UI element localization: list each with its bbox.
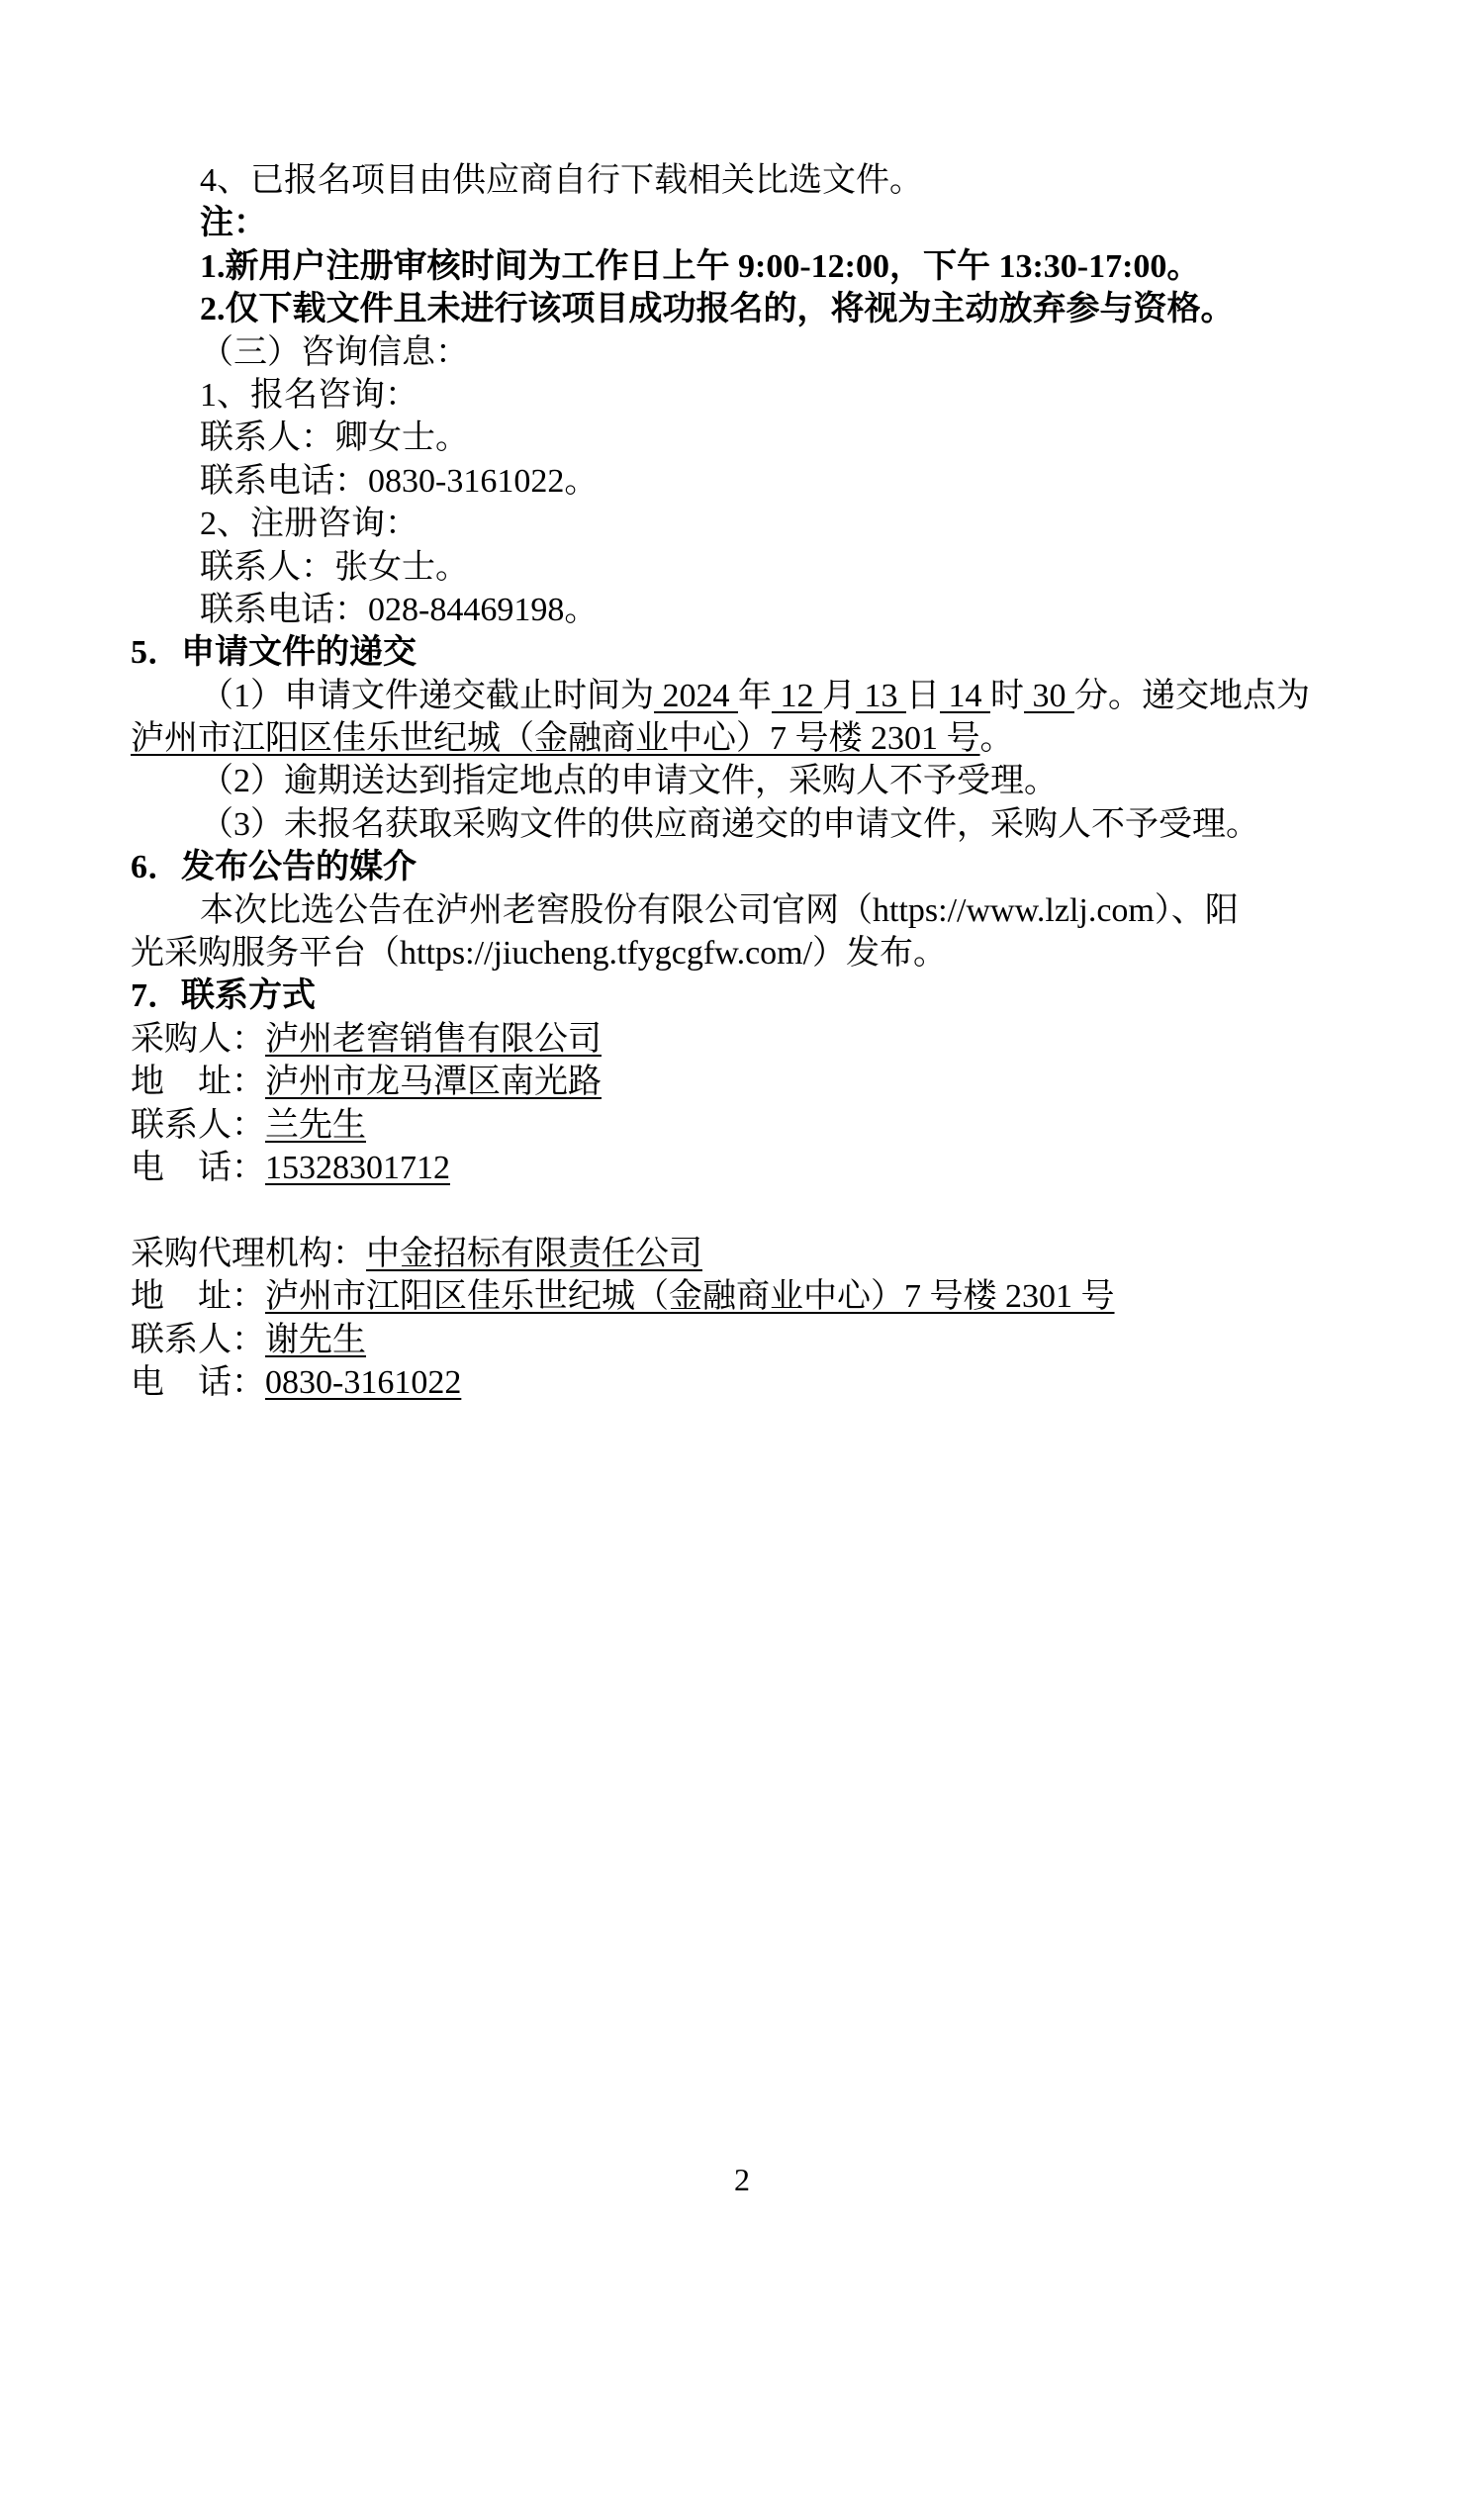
- doc-line: （三）咨询信息：: [131, 331, 1357, 374]
- underlined-text: 30: [1024, 678, 1074, 714]
- doc-line: 联系电话：0830-3161022。: [131, 460, 1357, 503]
- text-run: 光采购服务平台（https://jiucheng.tfygcgfw.com/）发…: [131, 935, 947, 972]
- doc-line: 注：: [131, 202, 1357, 244]
- text-run: 。: [980, 720, 1014, 757]
- text-run: 联系电话：0830-3161022。: [200, 463, 598, 500]
- underlined-text: 兰先生: [265, 1107, 366, 1144]
- doc-line: 泸州市江阳区佳乐世纪城（金融商业中心）7 号楼 2301 号。: [131, 717, 1357, 760]
- text-run: （3）未报名获取采购文件的供应商递交的申请文件，采购人不予受理。: [200, 806, 1259, 843]
- doc-line: 1.新用户注册审核时间为工作日上午 9:00-12:00，下午 13:30-17…: [131, 245, 1357, 288]
- text-run: 5．申请文件的递交: [131, 634, 417, 671]
- doc-line: 2.仅下载文件且未进行该项目成功报名的，将视为主动放弃参与资格。: [131, 288, 1357, 330]
- text-run: 地 址：: [131, 1064, 265, 1100]
- doc-line: 电 话：15328301712: [131, 1147, 1357, 1189]
- text-run: 2、注册咨询：: [200, 506, 418, 542]
- doc-line: 6．发布公告的媒介: [131, 846, 1357, 888]
- doc-line: 联系人：张女士。: [131, 546, 1357, 589]
- text-run: 注：: [200, 205, 267, 241]
- underlined-text: 中金招标有限责任公司: [366, 1236, 702, 1272]
- text-run: 年: [738, 678, 772, 714]
- doc-line: 电 话：0830-3161022: [131, 1361, 1357, 1404]
- text-run: 1.新用户注册审核时间为工作日上午 9:00-12:00，下午 13:30-17…: [200, 248, 1200, 285]
- underlined-text: 14: [940, 678, 990, 714]
- underlined-text: 谢先生: [265, 1322, 366, 1358]
- text-run: 电 话：: [131, 1150, 265, 1186]
- document-body: 4、已报名项目由供应商自行下载相关比选文件。注：1.新用户注册审核时间为工作日上…: [131, 159, 1357, 1404]
- doc-line: 联系人：兰先生: [131, 1104, 1357, 1147]
- underlined-text: 15328301712: [265, 1150, 450, 1186]
- doc-line: 地 址：泸州市江阳区佳乐世纪城（金融商业中心）7 号楼 2301 号: [131, 1275, 1357, 1318]
- text-run: 地 址：: [131, 1278, 265, 1315]
- text-run: 电 话：: [131, 1364, 265, 1401]
- text-run: 联系人：: [131, 1322, 265, 1358]
- text-run: （三）咨询信息：: [200, 334, 469, 371]
- doc-line: 光采购服务平台（https://jiucheng.tfygcgfw.com/）发…: [131, 932, 1357, 975]
- doc-line: 5．申请文件的递交: [131, 631, 1357, 674]
- doc-line: 联系电话：028-84469198。: [131, 589, 1357, 631]
- underlined-text: 2024: [654, 678, 738, 714]
- text-run: 6．发布公告的媒介: [131, 849, 417, 885]
- doc-line: 4、已报名项目由供应商自行下载相关比选文件。: [131, 159, 1357, 202]
- doc-line: 1、报名咨询：: [131, 374, 1357, 417]
- doc-line: 采购代理机构：中金招标有限责任公司: [131, 1233, 1357, 1275]
- underlined-text: 泸州老窖销售有限公司: [265, 1021, 602, 1058]
- blank-line: [131, 1189, 1357, 1232]
- underlined-text: 12: [772, 678, 822, 714]
- text-run: 7．联系方式: [131, 977, 316, 1014]
- text-run: 月: [822, 678, 856, 714]
- text-run: 联系人：卿女士。: [200, 419, 469, 456]
- text-run: 1、报名咨询：: [200, 377, 418, 414]
- text-run: 2.仅下载文件且未进行该项目成功报名的，将视为主动放弃参与资格。: [200, 291, 1235, 327]
- text-run: 分。递交地点为: [1074, 678, 1310, 714]
- doc-line: （1）申请文件递交截止时间为 2024 年 12 月 13 日 14 时 30 …: [131, 675, 1357, 717]
- text-run: （1）申请文件递交截止时间为: [200, 678, 654, 714]
- underlined-text: 泸州市江阳区佳乐世纪城（金融商业中心）7 号楼 2301 号: [131, 720, 980, 757]
- text-run: 采购代理机构：: [131, 1236, 366, 1272]
- text-run: （2）逾期送达到指定地点的申请文件，采购人不予受理。: [200, 763, 1058, 799]
- doc-line: （3）未报名获取采购文件的供应商递交的申请文件，采购人不予受理。: [131, 803, 1357, 846]
- doc-line: 地 址：泸州市龙马潭区南光路: [131, 1061, 1357, 1103]
- doc-line: （2）逾期送达到指定地点的申请文件，采购人不予受理。: [131, 760, 1357, 802]
- doc-line: 联系人：谢先生: [131, 1319, 1357, 1361]
- underlined-text: 0830-3161022: [265, 1364, 461, 1401]
- text-run: 时: [990, 678, 1024, 714]
- underlined-text: 13: [856, 678, 906, 714]
- page-number: 2: [0, 2160, 1484, 2199]
- doc-line: 本次比选公告在泸州老窖股份有限公司官网（https://www.lzlj.com…: [131, 889, 1357, 932]
- text-run: 本次比选公告在泸州老窖股份有限公司官网（https://www.lzlj.com…: [200, 892, 1239, 929]
- doc-line: 联系人：卿女士。: [131, 417, 1357, 459]
- underlined-text: 泸州市江阳区佳乐世纪城（金融商业中心）7 号楼 2301 号: [265, 1278, 1115, 1315]
- doc-line: 2、注册咨询：: [131, 503, 1357, 545]
- text-run: 4、已报名项目由供应商自行下载相关比选文件。: [200, 162, 923, 199]
- doc-line: 7．联系方式: [131, 975, 1357, 1017]
- text-run: 联系人：: [131, 1107, 265, 1144]
- text-run: 联系人：张女士。: [200, 549, 469, 586]
- underlined-text: 泸州市龙马潭区南光路: [265, 1064, 602, 1100]
- text-run: 日: [906, 678, 940, 714]
- doc-line: 采购人：泸州老窖销售有限公司: [131, 1018, 1357, 1061]
- text-run: 联系电话：028-84469198。: [200, 592, 598, 628]
- text-run: 采购人：: [131, 1021, 265, 1058]
- document-page: 4、已报名项目由供应商自行下载相关比选文件。注：1.新用户注册审核时间为工作日上…: [0, 0, 1484, 2506]
